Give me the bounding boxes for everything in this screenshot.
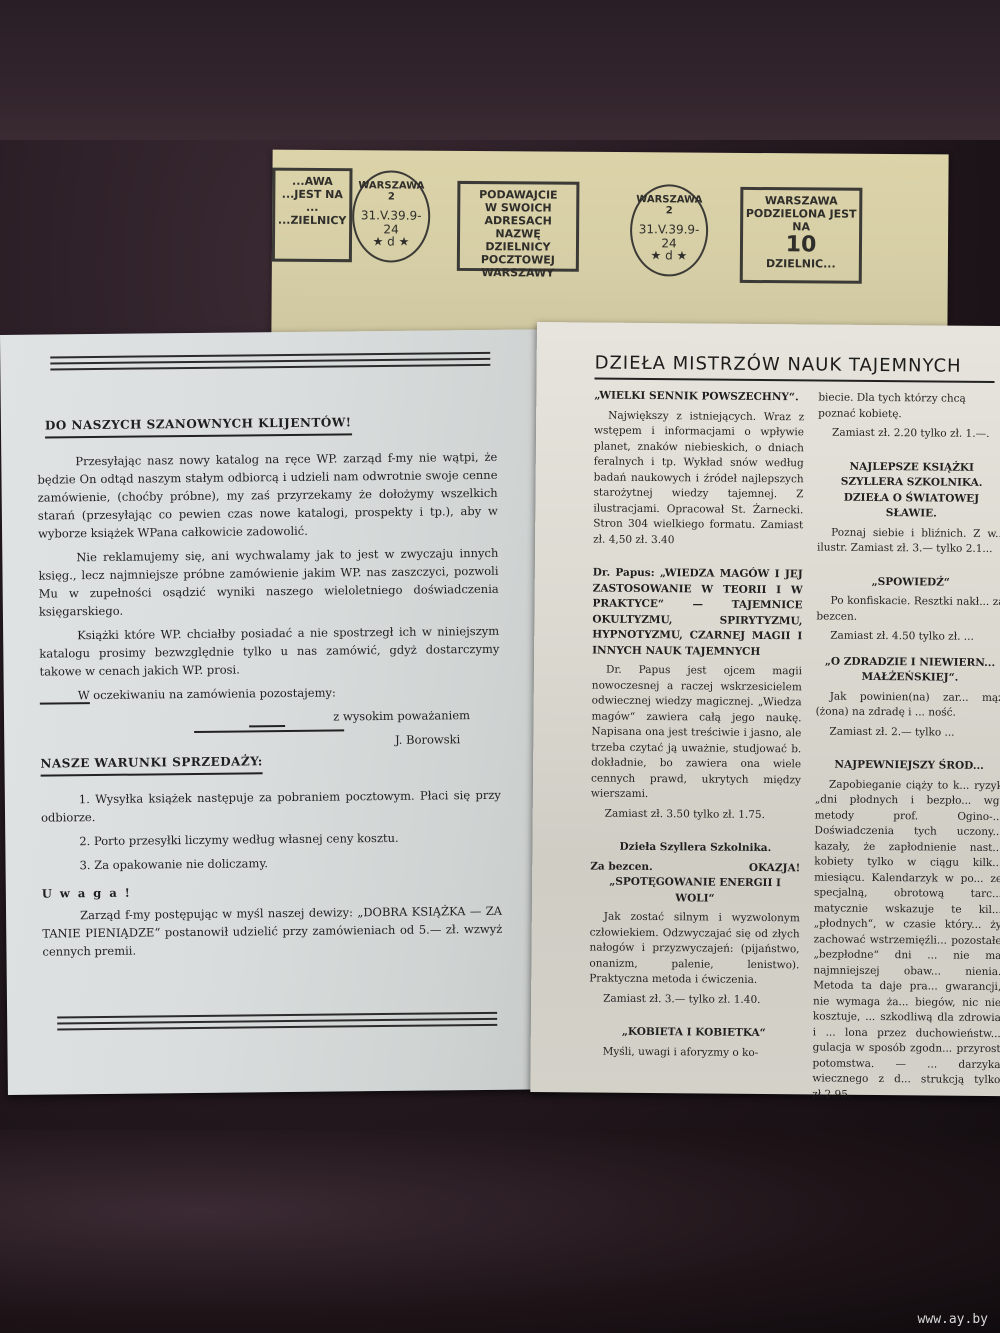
book-description: Po konfiskacie. Resztki nakł... za bezce… (816, 593, 1000, 626)
letter-paragraph: W oczekiwaniu na zamówienia pozostajemy: (40, 682, 500, 705)
leaflet-left-page: DO NASZYCH SZANOWNYCH KLIJENTÓW! Przesył… (0, 329, 560, 1095)
book-description: Poznaj siebie i bliźnich. Z w... ilustr.… (817, 525, 1000, 558)
term-item: 1. Wysyłka książek następuje za pobranie… (41, 786, 501, 827)
postmark-circle-1: WARSZAWA 2 31.V.39.9-24 ★ d ★ (352, 170, 431, 263)
book-price: Zamiast zł. 2.— tylko ... (815, 724, 1000, 741)
note-text: Zarząd f-my postępując w myśl naszej dew… (42, 902, 503, 961)
terms-heading: NASZE WARUNKI SPRZEDAŻY: (40, 752, 262, 776)
letter-paragraph: Przesyłając nasz nowy katalog na ręce WP… (37, 448, 498, 543)
envelope: ...AWA ...JEST NA ... ...ZIELNICY WARSZA… (271, 150, 948, 341)
greeting-heading: DO NASZYCH SZANOWNYCH KLIJENTÓW! (45, 413, 352, 438)
watermark: www.ay.by (918, 1312, 988, 1327)
catalog-column-1: „WIELKI SENNIK POWSZECHNY“. Największy z… (589, 389, 805, 1066)
book-title: „KOBIETA I KOBIETKA“ (589, 1024, 799, 1041)
book-description: biecie. Dla tych którzy chcą poznać kobi… (818, 390, 1000, 423)
book-description: Zapobieganie ciąży to k... ryzyk „dni pł… (812, 777, 1000, 1104)
book-title: „SPOWIEDŹ“ (817, 574, 1000, 591)
author-heading: Dzieła Szyllera Szkolnika. (590, 839, 800, 856)
sofa-background-top (0, 0, 1000, 140)
book-title: „O ZDRADZIE I NIEWIERN... MAŁŻEŃSKIEJ“. (816, 654, 1000, 687)
book-title: NAJPEWNIEJSZY ŚROD... (815, 757, 1000, 774)
book-description: Jak zostać silnym i wyzwolonym człowieki… (589, 909, 800, 988)
book-title: Dr. Papus: „WIEDZA MAGÓW I JEJ ZASTOSOWA… (592, 565, 803, 660)
catalog-column-2: biecie. Dla tych którzy chcą poznać kobi… (812, 390, 1000, 1108)
book-description: Jak powinien(na) zar... mąż (żona) na zd… (816, 689, 1000, 722)
postmark-circle-2: WARSZAWA 2 31.V.39.9-24 ★ d ★ (630, 184, 709, 277)
leaflet-right-page: DZIEŁA MISTRZÓW NAUK TAJEMNYCH „WIELKI S… (530, 322, 1000, 1096)
catalog-title: DZIEŁA MISTRZÓW NAUK TAJEMNYCH (595, 353, 995, 383)
book-price: Zamiast zł. 3.— tylko zł. 1.40. (589, 991, 799, 1008)
letter-section: DO NASZYCH SZANOWNYCH KLIJENTÓW! Przesył… (37, 412, 500, 753)
decorative-triple-rule-bottom (57, 1012, 497, 1035)
book-description: Dr. Papus jest ojcem magii nowoczesnej a… (591, 662, 802, 803)
term-item: 3. Za opakowanie nie doliczamy. (41, 852, 501, 875)
postmark-box-3: WARSZAWA PODZIELONA JEST NA 10 DZIELNIC.… (740, 187, 863, 284)
book-description: Myśli, uwagi i aforyzmy o ko- (589, 1044, 799, 1061)
book-title: „WIELKI SENNIK POWSZECHNY“. (594, 389, 804, 406)
terms-section: NASZE WARUNKI SPRZEDAŻY: 1. Wysyłka ksią… (40, 750, 502, 967)
book-title: „SPOTĘGOWANIE ENERGII I WOLI“ (590, 874, 800, 907)
offer-line: Za bezcen. OKAZJA! (590, 859, 800, 876)
note-label: U w a g a ! (42, 880, 502, 903)
letter-paragraph: Nie reklamujemy się, ani wychwalamy jak … (38, 544, 499, 621)
signature: J. Borowski (40, 730, 500, 753)
book-description: Największy z istniejących. Wraz z wstępe… (593, 408, 804, 549)
postmark-box-2: PODAWAJCIE W SWOICH ADRESACH NAZWĘ DZIEL… (457, 181, 580, 272)
book-price: Zamiast zł. 2.20 tylko zł. 1.—. (818, 425, 1000, 442)
book-price: Zamiast zł. 3.50 tylko zł. 1.75. (591, 806, 801, 823)
book-price: Zamiast zł. 4.50 tylko zł. ... (816, 628, 1000, 645)
postmark-box-1: ...AWA ...JEST NA ... ...ZIELNICY (272, 168, 353, 263)
book-title: NAJLEPSZE KSIĄŻKI SZYLLERA SZKOLNIKA. DZ… (817, 459, 1000, 523)
term-item: 2. Porto przesyłki liczymy według własne… (41, 828, 501, 851)
decorative-triple-rule-top (50, 352, 490, 375)
letter-paragraph: Książki które WP. chciałby posiadać a ni… (39, 622, 500, 681)
sofa-background-bottom (0, 1130, 1000, 1333)
